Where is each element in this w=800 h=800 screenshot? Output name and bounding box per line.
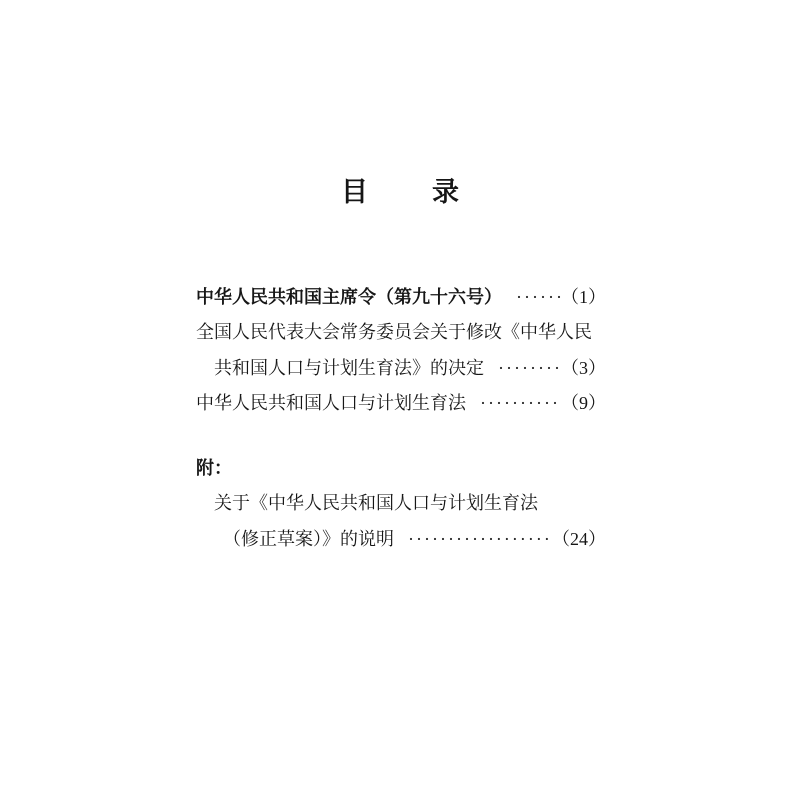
page-number: （1） [561,288,606,306]
page-title-char-2: 录 [432,179,459,206]
toc-entry-label: 中华人民共和国主席令（第九十六号） [196,288,502,306]
toc-entry-label: 中华人民共和国人口与计划生育法 [196,394,466,412]
page-title-char-1: 目 [341,179,368,206]
toc-entry-label: 共和国人口与计划生育法》的决定 [196,359,484,377]
toc-entry-label: 附： [196,459,232,477]
toc-entry-presidential-decree: 中华人民共和国主席令（第九十六号） ············· （1） [196,279,606,315]
toc-appendix-heading: 附： [196,450,606,486]
toc-entry-npc-decision-line2: 共和国人口与计划生育法》的决定 ··············· （3） [196,350,606,386]
toc-entry-label: （修正草案）》的说明 [196,530,394,548]
dot-leader: ·················· [466,394,561,412]
dot-leader: ··············· [484,359,561,377]
toc-entry-population-law: 中华人民共和国人口与计划生育法 ·················· （9） [196,386,606,422]
dot-leader: ············· [502,288,561,306]
toc-entry-npc-decision-line1: 全国人民代表大会常务委员会关于修改《中华人民 [196,315,606,351]
toc-entry-label: 全国人民代表大会常务委员会关于修改《中华人民 [196,323,592,341]
page-title: 目 录 [0,179,800,206]
page-number: （24） [552,530,606,548]
toc-page: 目 录 中华人民共和国主席令（第九十六号） ············· （1） … [0,0,800,800]
page-number: （3） [561,359,606,377]
page-number: （9） [561,394,606,412]
dot-leader: ·························· [394,530,552,548]
toc-entry-explanation-line1: 关于《中华人民共和国人口与计划生育法 [196,486,606,522]
toc-entry-label: 关于《中华人民共和国人口与计划生育法 [196,494,538,512]
toc-list: 中华人民共和国主席令（第九十六号） ············· （1） 全国人民… [196,279,606,557]
toc-entry-explanation-line2: （修正草案）》的说明 ·························· （2… [196,521,606,557]
